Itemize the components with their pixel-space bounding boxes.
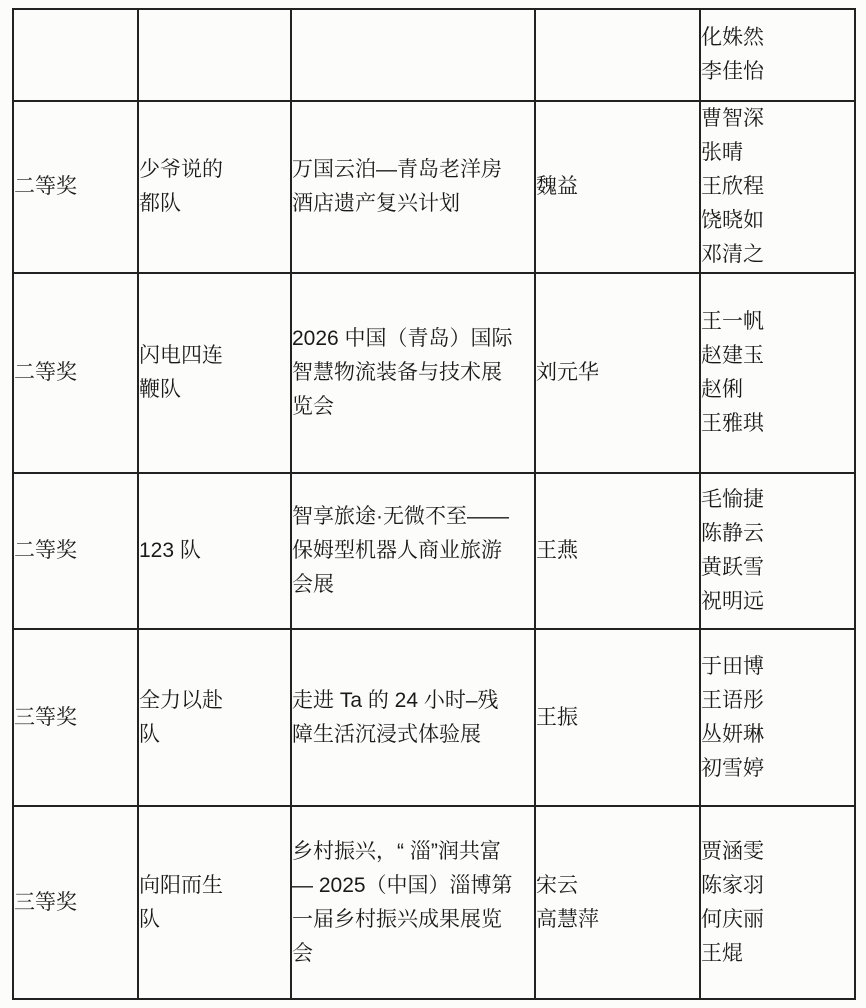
advisor-cell: 王燕	[535, 473, 700, 629]
team-cell	[138, 9, 291, 101]
project-cell: 万国云泊—青岛老洋房 酒店遗产复兴计划	[291, 101, 535, 273]
award-cell: 三等奖	[13, 629, 138, 806]
team-cell: 闪电四连 鞭队	[138, 273, 291, 473]
team-cell: 全力以赴 队	[138, 629, 291, 806]
project-cell: 2026 中国（青岛）国际 智慧物流装备与技术展 览会	[291, 273, 535, 473]
award-cell: 三等奖	[13, 806, 138, 999]
project-cell: 智享旅途·无微不至—— 保姆型机器人商业旅游 会展	[291, 473, 535, 629]
advisor-cell	[535, 9, 700, 101]
award-table: 化姝然 李佳怡 二等奖 少爷说的 都队 万国云泊—青岛老洋房 酒店遗产复兴计划 …	[12, 8, 856, 1000]
members-cell: 曹智深 张晴 王欣程 饶晓如 邓清之	[700, 101, 855, 273]
members-cell: 于田博 王语彤 丛妍琳 初雪婷	[700, 629, 855, 806]
table-row: 二等奖 123 队 智享旅途·无微不至—— 保姆型机器人商业旅游 会展 王燕 毛…	[13, 473, 855, 629]
project-cell: 走进 Ta 的 24 小时–残 障生活沉浸式体验展	[291, 629, 535, 806]
table-row: 三等奖 全力以赴 队 走进 Ta 的 24 小时–残 障生活沉浸式体验展 王振 …	[13, 629, 855, 806]
project-cell	[291, 9, 535, 101]
members-cell: 化姝然 李佳怡	[700, 9, 855, 101]
award-cell: 二等奖	[13, 101, 138, 273]
award-cell	[13, 9, 138, 101]
members-cell: 王一帆 赵建玉 赵俐 王雅琪	[700, 273, 855, 473]
team-cell: 123 队	[138, 473, 291, 629]
team-cell: 向阳而生 队	[138, 806, 291, 999]
document-page: 化姝然 李佳怡 二等奖 少爷说的 都队 万国云泊—青岛老洋房 酒店遗产复兴计划 …	[0, 0, 866, 1008]
award-cell: 二等奖	[13, 273, 138, 473]
members-cell: 贾涵雯 陈家羽 何庆丽 王焜	[700, 806, 855, 999]
advisor-cell: 刘元华	[535, 273, 700, 473]
table-row: 三等奖 向阳而生 队 乡村振兴，“ 淄”润共富 — 2025（中国）淄博第 一届…	[13, 806, 855, 999]
advisor-cell: 王振	[535, 629, 700, 806]
table-row: 化姝然 李佳怡	[13, 9, 855, 101]
table-row: 二等奖 少爷说的 都队 万国云泊—青岛老洋房 酒店遗产复兴计划 魏益 曹智深 张…	[13, 101, 855, 273]
members-cell: 毛愉捷 陈静云 黄跃雪 祝明远	[700, 473, 855, 629]
project-cell: 乡村振兴，“ 淄”润共富 — 2025（中国）淄博第 一届乡村振兴成果展览 会	[291, 806, 535, 999]
table-row: 二等奖 闪电四连 鞭队 2026 中国（青岛）国际 智慧物流装备与技术展 览会 …	[13, 273, 855, 473]
team-cell: 少爷说的 都队	[138, 101, 291, 273]
advisor-cell: 宋云 高慧萍	[535, 806, 700, 999]
advisor-cell: 魏益	[535, 101, 700, 273]
award-cell: 二等奖	[13, 473, 138, 629]
